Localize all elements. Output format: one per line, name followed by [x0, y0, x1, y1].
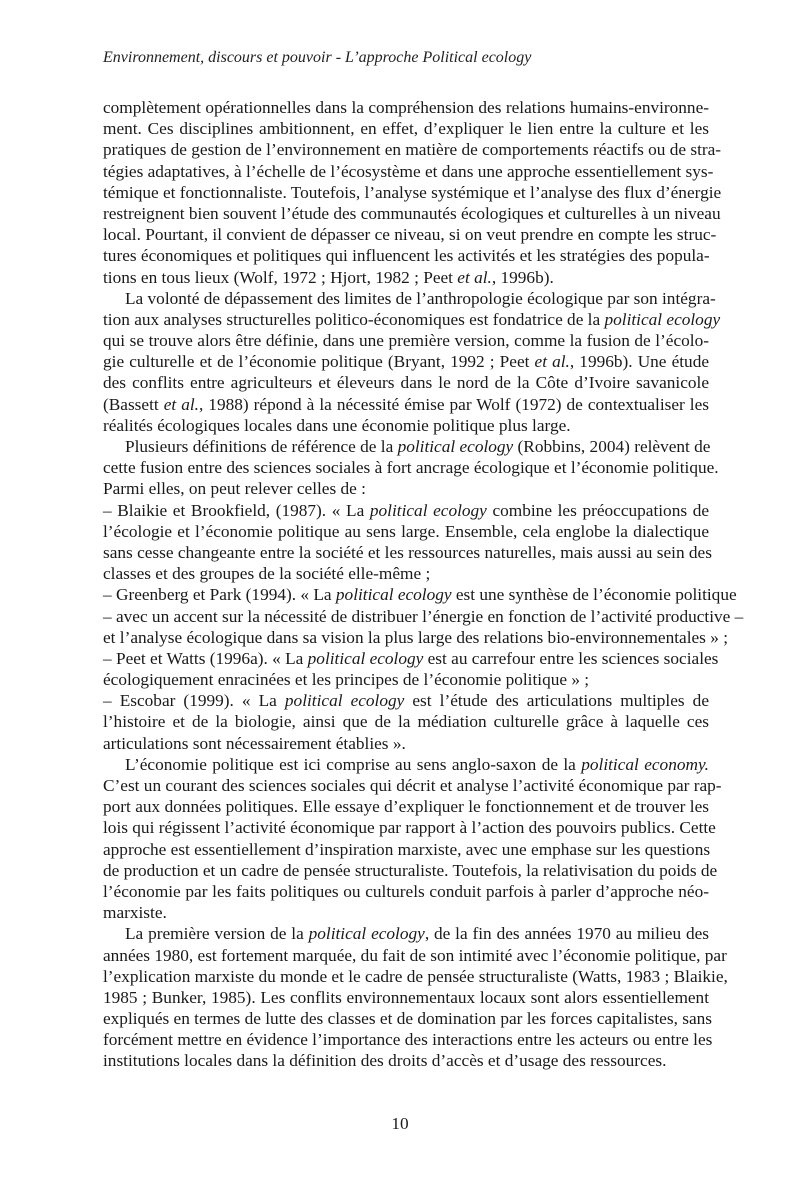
running-head: Environnement, discours et pouvoir - L’a… — [103, 49, 531, 67]
text-line: – Greenberg et Park (1994). « La politic… — [103, 584, 709, 605]
text-line: tures économiques et politiques qui infl… — [103, 245, 709, 266]
text-line: complètement opérationnelles dans la com… — [103, 97, 709, 118]
text-line: – Blaikie et Brookfield, (1987). « La po… — [103, 500, 709, 521]
text-line: Parmi elles, on peut relever celles de : — [103, 478, 709, 499]
text-line: de production et un cadre de pensée stru… — [103, 860, 709, 881]
text-line: l’histoire et de la biologie, ainsi que … — [103, 711, 709, 732]
italic-term: et al. — [164, 395, 199, 414]
text-line: années 1980, est fortement marquée, du f… — [103, 945, 709, 966]
text-line: marxiste. — [103, 902, 709, 923]
italic-term: et al. — [535, 352, 570, 371]
text-line: articulations sont nécessairement établi… — [103, 733, 709, 754]
italic-term: political ecology — [308, 649, 424, 668]
text-line: – Escobar (1999). « La political ecology… — [103, 690, 709, 711]
text-line: institutions locales dans la définition … — [103, 1050, 709, 1071]
text-line: expliqués en termes de lutte des classes… — [103, 1008, 709, 1029]
text-line: lois qui régissent l’activité économique… — [103, 817, 709, 838]
body-text: complètement opérationnelles dans la com… — [103, 97, 709, 1072]
text-line: (Bassett et al., 1988) répond à la néces… — [103, 394, 709, 415]
text-line: pratiques de gestion de l’environnement … — [103, 139, 709, 160]
text-line: gie culturelle et de l’économie politiqu… — [103, 351, 709, 372]
text-line: approche est essentiellement d’inspirati… — [103, 839, 709, 860]
italic-term: political economy. — [581, 755, 709, 774]
text-line: forcément mettre en évidence l’importanc… — [103, 1029, 709, 1050]
text-line: La première version de la political ecol… — [103, 923, 709, 944]
text-line: ment. Ces disciplines ambitionnent, en e… — [103, 118, 709, 139]
italic-term: political ecology — [370, 501, 487, 520]
text-line: – avec un accent sur la nécessité de dis… — [103, 606, 709, 627]
italic-term: et al. — [457, 268, 492, 287]
page-number: 10 — [0, 1114, 800, 1134]
italic-term: political ecology — [398, 437, 514, 456]
text-line: cette fusion entre des sciences sociales… — [103, 457, 709, 478]
text-line: l’explication marxiste du monde et le ca… — [103, 966, 709, 987]
italic-term: political ecology — [309, 924, 425, 943]
italic-term: political ecology — [604, 310, 720, 329]
text-line: écologiquement enracinées et les princip… — [103, 669, 709, 690]
italic-term: political ecology — [285, 691, 404, 710]
text-line: sans cesse changeante entre la société e… — [103, 542, 709, 563]
text-line: – Peet et Watts (1996a). « La political … — [103, 648, 709, 669]
text-line: des conflits entre agriculteurs et éleve… — [103, 372, 709, 393]
text-line: port aux données politiques. Elle essaye… — [103, 796, 709, 817]
text-line: tions en tous lieux (Wolf, 1972 ; Hjort,… — [103, 267, 709, 288]
text-line: et l’analyse écologique dans sa vision l… — [103, 627, 709, 648]
text-line: l’économie par les faits politiques ou c… — [103, 881, 709, 902]
text-line: Plusieurs définitions de référence de la… — [103, 436, 709, 457]
italic-term: political ecology — [336, 585, 452, 604]
text-line: C’est un courant des sciences sociales q… — [103, 775, 709, 796]
text-line: restreignent bien souvent l’étude des co… — [103, 203, 709, 224]
text-line: l’écologie et l’économie politique au se… — [103, 521, 709, 542]
text-line: qui se trouve alors être définie, dans u… — [103, 330, 709, 351]
text-line: L’économie politique est ici comprise au… — [103, 754, 709, 775]
text-line: La volonté de dépassement des limites de… — [103, 288, 709, 309]
text-line: local. Pourtant, il convient de dépasser… — [103, 224, 709, 245]
text-line: tion aux analyses structurelles politico… — [103, 309, 709, 330]
text-line: témique et fonctionnaliste. Toutefois, l… — [103, 182, 709, 203]
text-line: classes et des groupes de la société ell… — [103, 563, 709, 584]
text-line: tégies adaptatives, à l’échelle de l’éco… — [103, 161, 709, 182]
text-line: réalités écologiques locales dans une éc… — [103, 415, 709, 436]
text-line: 1985 ; Bunker, 1985). Les conflits envir… — [103, 987, 709, 1008]
